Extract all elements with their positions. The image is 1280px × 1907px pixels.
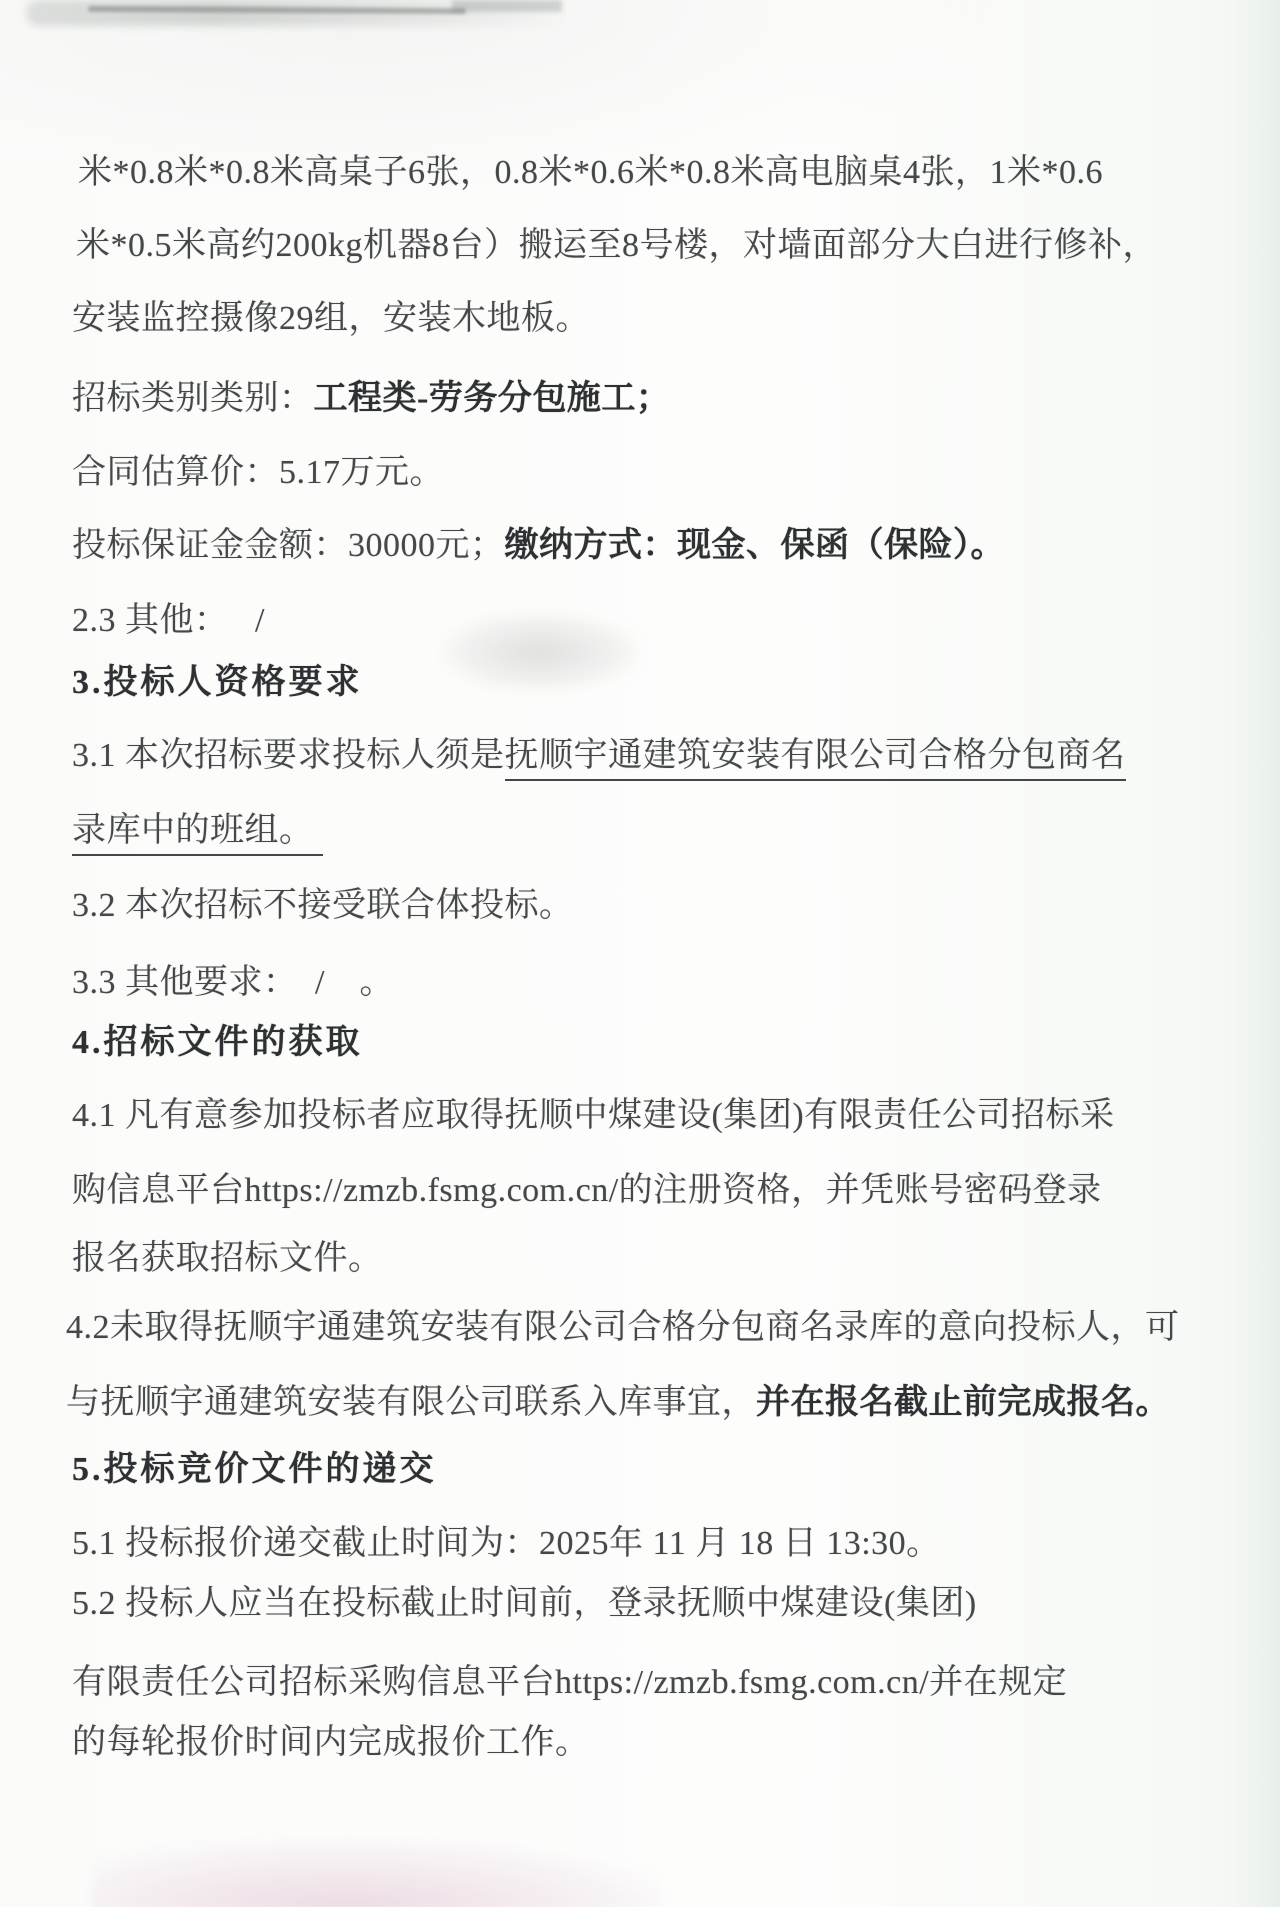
text-segment: 3.2 本次招标不接受联合体投标。 [72, 887, 574, 924]
document-page: 米*0.8米*0.8米高桌子6张，0.8米*0.6米*0.8米高电脑桌4张，1米… [0, 0, 1280, 1907]
text-segment: 有限责任公司招标采购信息平台https://zmzb.fsmg.com.cn/并… [72, 1664, 1067, 1701]
text-line: 3.3 其他要求： / 。 [72, 960, 394, 1006]
scan-artifact-right-edge [1234, 0, 1280, 1907]
text-segment: 5.投标竞价文件的递交 [72, 1451, 437, 1488]
text-segment: 4.1 凡有意参加投标者应取得抚顺中煤建设(集团)有限责任公司招标采 [72, 1097, 1115, 1134]
text-line: 4.2未取得抚顺宇通建筑安装有限公司合格分包商名录库的意向投标人，可 [66, 1305, 1180, 1351]
text-segment: 报名获取招标文件。 [72, 1240, 383, 1277]
text-segment: 合同估算价：5.17万元。 [72, 454, 444, 491]
scan-artifact-top-patch [452, 0, 562, 12]
text-segment: 米*0.5米高约200kg机器8台）搬运至8号楼，对墙面部分大白进行修补， [76, 227, 1157, 264]
text-line: 2.3 其他： / [72, 598, 265, 644]
text-line: 与抚顺宇通建筑安装有限公司联系入库事宜，并在报名截止前完成报名。 [66, 1380, 1170, 1426]
underlined-text: 录库中的班组。 [72, 812, 323, 856]
text-segment: 缴纳方式：现金、保函（保险）。 [505, 527, 1006, 564]
text-line: 3.1 本次招标要求投标人须是抚顺宇通建筑安装有限公司合格分包商名 [72, 733, 1126, 779]
text-segment: 与抚顺宇通建筑安装有限公司联系入库事宜， [66, 1384, 756, 1421]
text-line: 购信息平台https://zmzb.fsmg.com.cn/的注册资格，并凭账号… [72, 1168, 1102, 1214]
scan-artifact-bottom-smudge [92, 1842, 662, 1907]
text-segment: 5.1 投标报价递交截止时间为：2025年 11 月 18 日 13:30。 [72, 1525, 941, 1562]
text-line: 安装监控摄像29组，安装木地板。 [72, 296, 590, 342]
underlined-text: 抚顺宇通建筑安装有限公司合格分包商名 [505, 737, 1126, 781]
text-segment: 3.投标人资格要求 [72, 664, 363, 701]
text-line: 5.1 投标报价递交截止时间为：2025年 11 月 18 日 13:30。 [72, 1521, 941, 1567]
text-segment: 投标保证金金额：30000元； [72, 527, 505, 564]
text-line: 合同估算价：5.17万元。 [72, 450, 444, 496]
text-line: 3.2 本次招标不接受联合体投标。 [72, 883, 574, 929]
text-segment: 2.3 其他： / [72, 602, 265, 639]
text-segment: 工程类-劳务分包施工； [314, 380, 671, 417]
text-line: 招标类别类别：工程类-劳务分包施工； [72, 376, 670, 422]
text-segment: 的每轮报价时间内完成报价工作。 [72, 1724, 590, 1761]
scan-artifact-mid-smudge [440, 612, 640, 692]
text-line: 5.2 投标人应当在投标截止时间前，登录抚顺中煤建设(集团) [72, 1581, 977, 1627]
text-segment: 4.招标文件的获取 [72, 1024, 363, 1061]
text-line: 4.招标文件的获取 [72, 1020, 363, 1066]
text-segment: 米*0.8米*0.8米高桌子6张，0.8米*0.6米*0.8米高电脑桌4张，1米… [78, 154, 1103, 191]
text-segment: 3.3 其他要求： / 。 [72, 964, 394, 1001]
text-segment: 购信息平台https://zmzb.fsmg.com.cn/的注册资格，并凭账号… [72, 1172, 1102, 1209]
text-line: 有限责任公司招标采购信息平台https://zmzb.fsmg.com.cn/并… [72, 1660, 1067, 1706]
text-segment: 招标类别类别： [72, 380, 314, 417]
text-line: 4.1 凡有意参加投标者应取得抚顺中煤建设(集团)有限责任公司招标采 [72, 1093, 1115, 1139]
text-line: 米*0.5米高约200kg机器8台）搬运至8号楼，对墙面部分大白进行修补， [76, 223, 1157, 269]
text-segment: 4.2未取得抚顺宇通建筑安装有限公司合格分包商名录库的意向投标人，可 [66, 1309, 1180, 1346]
text-segment: 3.1 本次招标要求投标人须是 [72, 737, 505, 774]
text-line: 3.投标人资格要求 [72, 660, 363, 706]
text-line: 5.投标竞价文件的递交 [72, 1447, 437, 1493]
text-line: 的每轮报价时间内完成报价工作。 [72, 1720, 590, 1766]
text-line: 录库中的班组。 [72, 808, 323, 854]
text-line: 报名获取招标文件。 [72, 1236, 383, 1282]
text-segment: 安装监控摄像29组，安装木地板。 [72, 300, 590, 337]
text-segment: 5.2 投标人应当在投标截止时间前，登录抚顺中煤建设(集团) [72, 1585, 977, 1622]
text-line: 投标保证金金额：30000元；缴纳方式：现金、保函（保险）。 [72, 523, 1005, 569]
text-segment: 并在报名截止前完成报名。 [756, 1384, 1170, 1421]
text-line: 米*0.8米*0.8米高桌子6张，0.8米*0.6米*0.8米高电脑桌4张，1米… [78, 150, 1103, 196]
